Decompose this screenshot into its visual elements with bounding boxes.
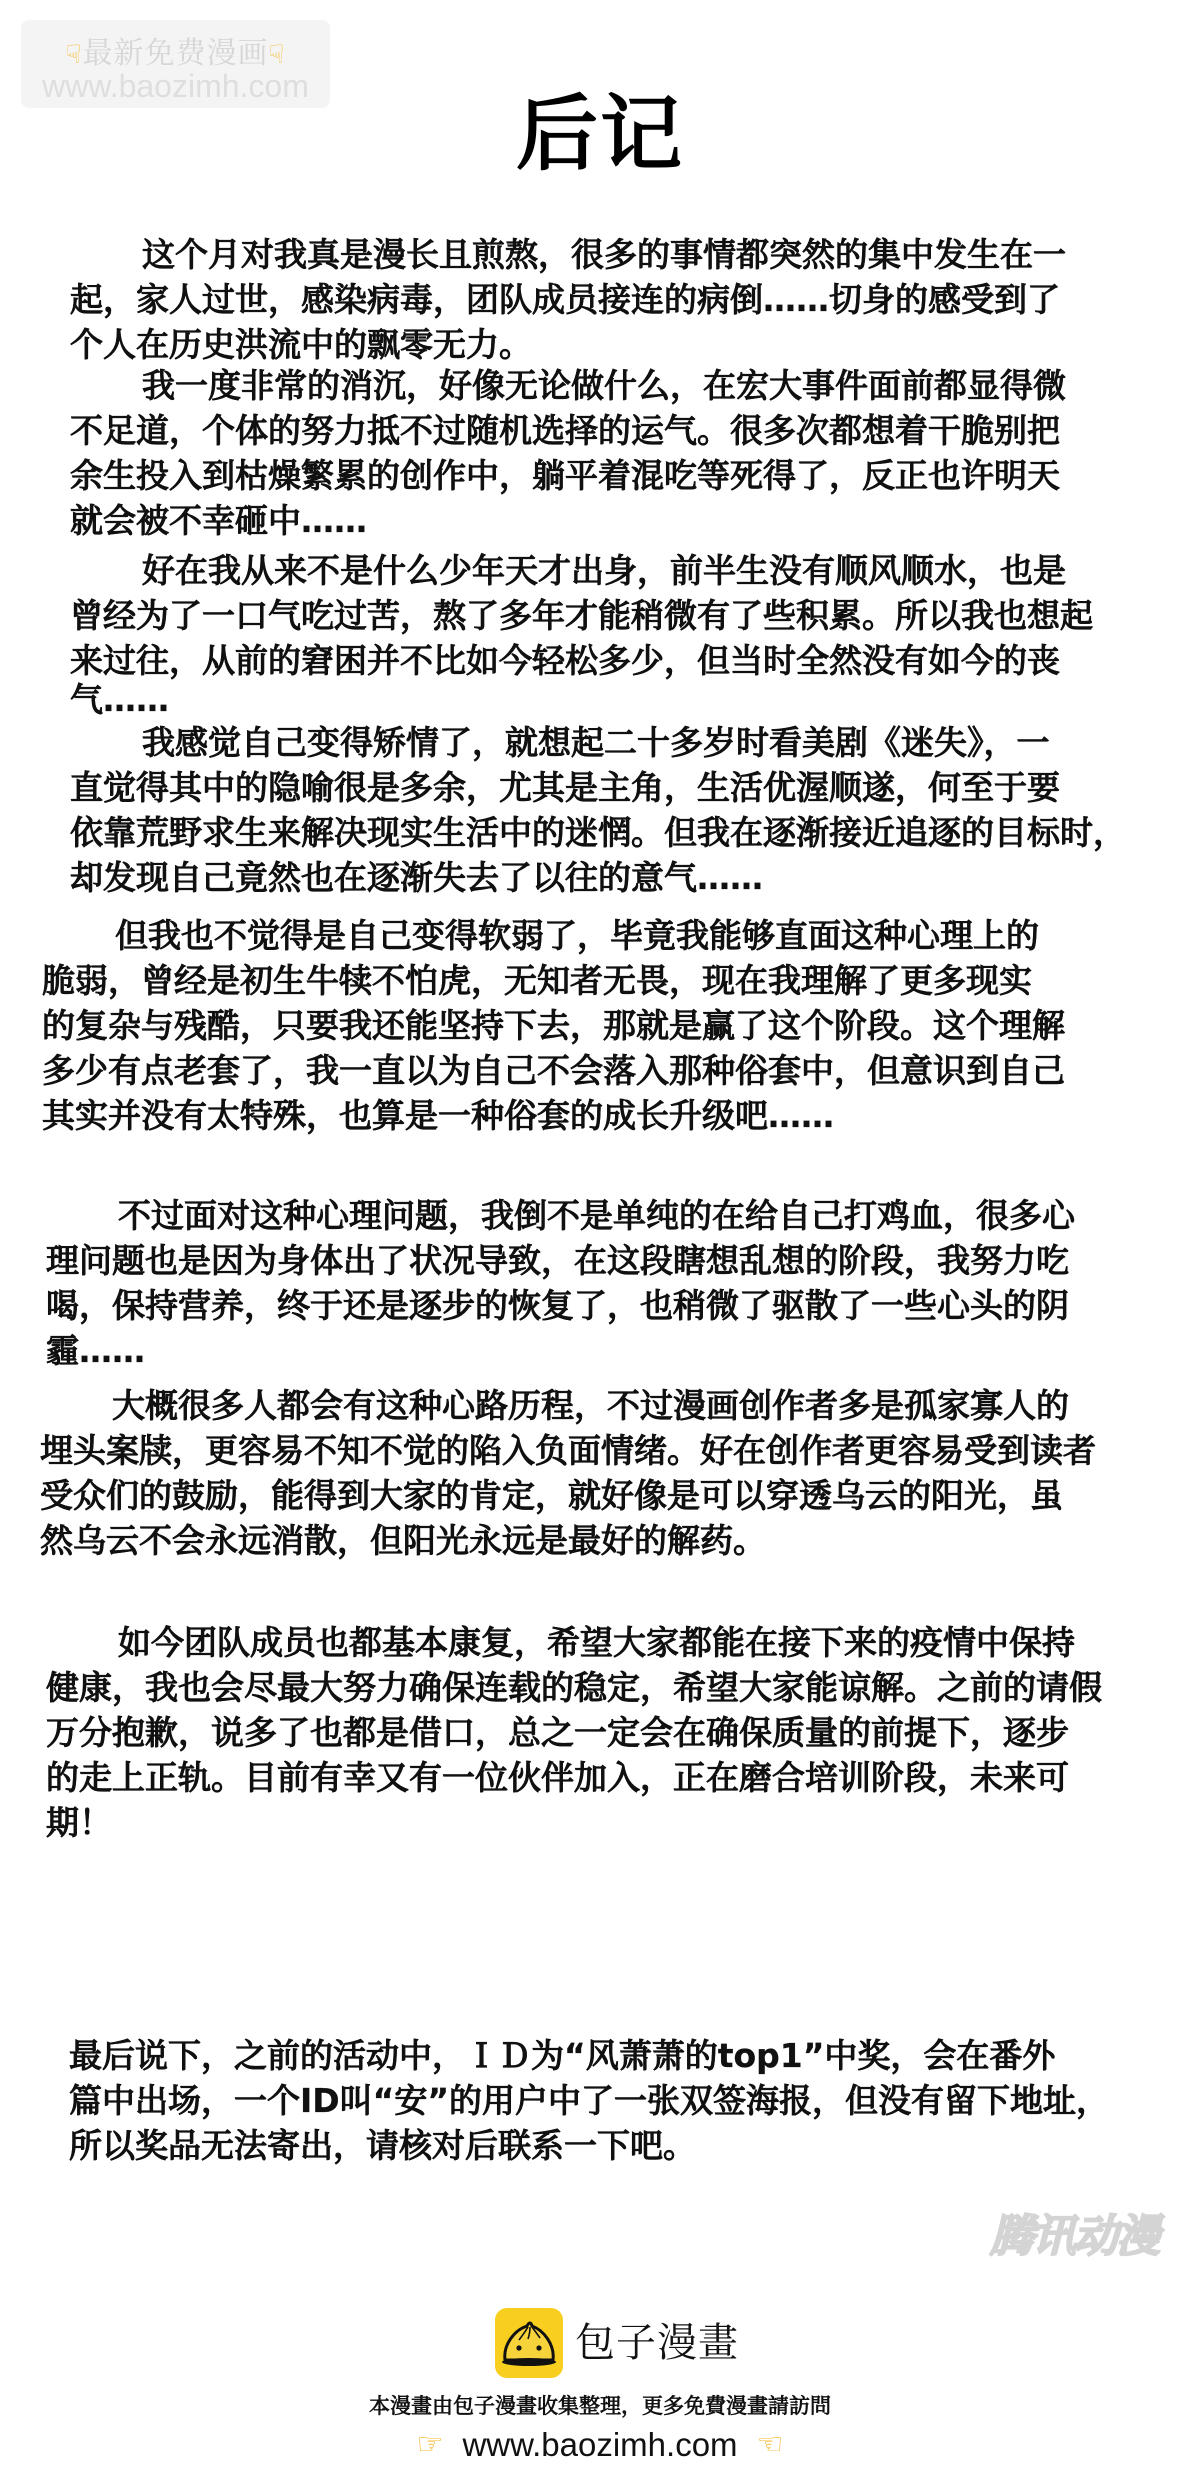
watermark-slogan-text: 最新免费漫画 [83, 36, 269, 71]
footer-caption: 本漫畫由包子漫畫收集整理，更多免費漫畫請訪問 [0, 2392, 1200, 2420]
text-line: 起，家人过世，感染病毒，团队成员接连的病倒……切身的感受到了 [70, 280, 1060, 320]
text-line: 依靠荒野求生来解决现实生活中的迷惘。但我在逐渐接近追逐的目标时， [70, 813, 1126, 853]
text-line: 健康，我也会尽最大努力确保连载的稳定，希望大家能谅解。之前的请假 [46, 1668, 1102, 1708]
text-line: 好在我从来不是什么少年天才出身，前半生没有顺风顺水，也是 [142, 551, 1066, 591]
pointing-left-hand-icon: ☜ [757, 2425, 784, 2465]
text-line: 其实并没有太特殊，也算是一种俗套的成长升级吧…… [42, 1096, 834, 1136]
text-line: 多少有点老套了，我一直以为自己不会落入那种俗套中，但意识到自己 [42, 1051, 1065, 1091]
text-line: 如今团队成员也都基本康复，希望大家都能在接下来的疫情中保持 [118, 1623, 1075, 1663]
text-line: 受众们的鼓励，能得到大家的肯定，就好像是可以穿透乌云的阳光，虽 [40, 1476, 1063, 1516]
text-line: 篇中出场，一个ID叫“安”的用户中了一张双签海报，但没有留下地址， [69, 2081, 1109, 2121]
page-title: 后记 [0, 88, 1200, 180]
text-line: 然乌云不会永远消散，但阳光永远是最好的解药。 [40, 1521, 766, 1561]
text-line: 脆弱，曾经是初生牛犊不怕虎，无知者无畏，现在我理解了更多现实 [42, 961, 1032, 1001]
baozi-bun-logo-icon [495, 2308, 563, 2378]
text-line: 却发现自己竟然也在逐渐失去了以往的意气…… [70, 858, 763, 898]
text-line: 万分抱歉，说多了也都是借口，总之一定会在确保质量的前提下，逐步 [46, 1713, 1069, 1753]
text-line: 我感觉自己变得矫情了，就想起二十多岁时看美剧《迷失》，一 [142, 723, 1050, 763]
text-line: 大概很多人都会有这种心路历程，不过漫画创作者多是孤家寡人的 [112, 1386, 1069, 1426]
text-line: 埋头案牍，更容易不知不觉的陷入负面情绪。好在创作者更容易受到读者 [40, 1431, 1096, 1471]
pointing-right-hand-icon: ☞ [416, 2425, 443, 2465]
text-line: 余生投入到枯燥繁累的创作中，躺平着混吃等死得了，反正也许明天 [70, 456, 1060, 496]
text-line: 的走上正轨。目前有幸又有一位伙伴加入，正在磨合培训阶段，未来可 [46, 1758, 1069, 1798]
tencent-comic-watermark: 腾讯动漫 [990, 2208, 1175, 2266]
text-line: 霾…… [46, 1331, 145, 1371]
text-line: 直觉得其中的隐喻很是多余，尤其是主角，生活优渥顺遂，何至于要 [70, 768, 1060, 808]
text-line: 不过面对这种心理问题，我倒不是单纯的在给自己打鸡血，很多心 [118, 1196, 1075, 1236]
text-line: 但我也不觉得是自己变得软弱了，毕竟我能够直面这种心理上的 [115, 916, 1039, 956]
text-line: 我一度非常的消沉，好像无论做什么，在宏大事件面前都显得微 [142, 366, 1066, 406]
text-line: 来过往，从前的窘困并不比如今轻松多少，但当时全然没有如今的丧 [70, 641, 1060, 681]
text-line: 就会被不幸砸中…… [70, 501, 367, 541]
text-line: 所以奖品无法寄出，请核对后联系一下吧。 [69, 2126, 696, 2166]
text-line: 个人在历史洪流中的飘零无力。 [70, 325, 532, 365]
text-line: 气…… [70, 680, 169, 720]
footer-url-row: ☞ www.baozimh.com ☜ [0, 2424, 1200, 2465]
pointing-down-hand-icon: ☟ [66, 40, 83, 70]
text-line: 不足道，个体的努力抵不过随机选择的运气。很多次都想着干脆别把 [70, 411, 1060, 451]
text-line: 理问题也是因为身体出了状况导致，在这段瞎想乱想的阶段，我努力吃 [46, 1241, 1069, 1281]
text-line: 期！ [46, 1803, 112, 1843]
watermark-slogan: ☟最新免费漫画☟ [21, 28, 330, 72]
site-url-link[interactable]: www.baozimh.com [462, 2426, 737, 2463]
text-line: 喝，保持营养，终于还是逐步的恢复了，也稍微了驱散了一些心头的阴 [46, 1286, 1069, 1326]
text-line: 曾经为了一口气吃过苦，熬了多年才能稍微有了些积累。所以我也想起 [70, 596, 1093, 636]
brand-name: 包子漫畫 [575, 2318, 739, 2368]
text-line: 的复杂与残酷，只要我还能坚持下去，那就是赢了这个阶段。这个理解 [42, 1006, 1065, 1046]
text-line: 这个月对我真是漫长且煎熬，很多的事情都突然的集中发生在一 [142, 235, 1066, 275]
pointing-down-hand-icon: ☟ [269, 40, 286, 70]
text-line: 最后说下，之前的活动中，ＩＤ为“风萧萧的top1”中奖，会在番外 [69, 2036, 1055, 2076]
